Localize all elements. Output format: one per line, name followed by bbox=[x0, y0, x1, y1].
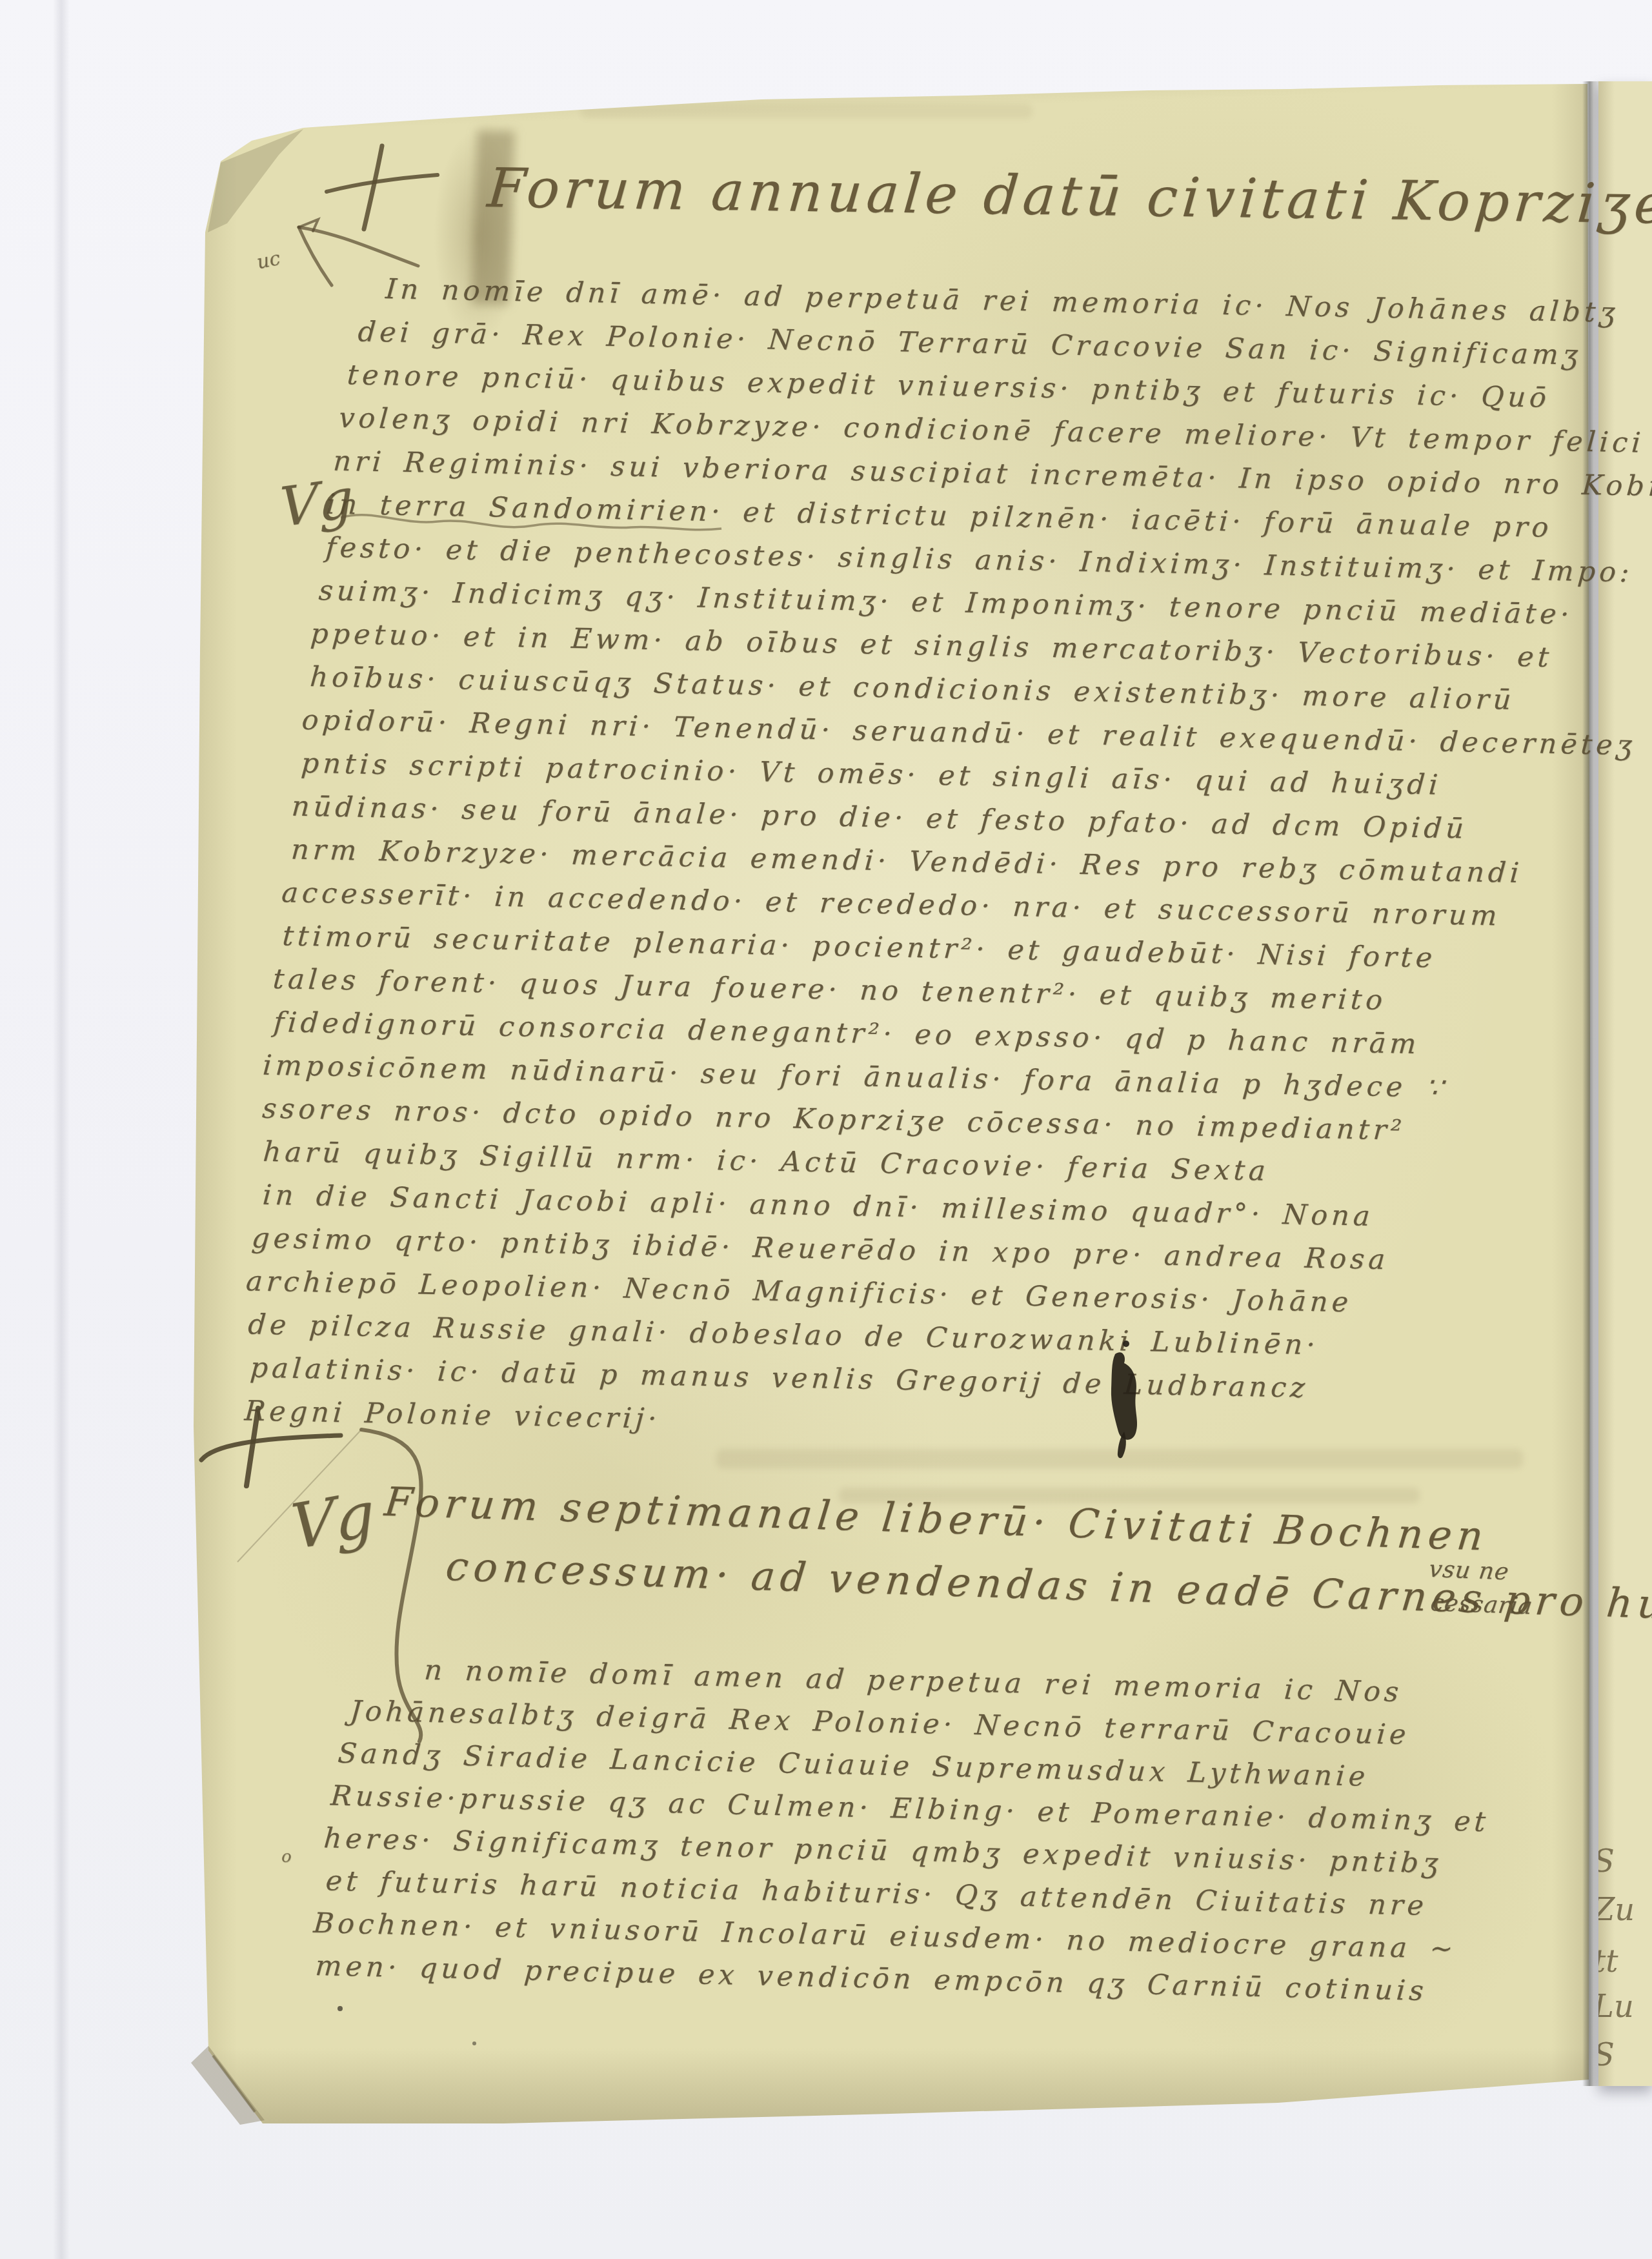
paragraph-2: n nomīe domī amen ad perpetua rei memori… bbox=[323, 1647, 1500, 2014]
edge-glyph: Zu bbox=[1598, 1892, 1635, 1928]
margin-note-line: vsu ne bbox=[1427, 1553, 1540, 1590]
margin-note-line: cessaria bbox=[1428, 1586, 1535, 1623]
margin-monogram: Vg bbox=[279, 466, 354, 540]
heading2-margin-note: vsu ne cessaria bbox=[1422, 1553, 1540, 1623]
edge-glyph: Lu bbox=[1598, 1989, 1634, 2025]
paragraph-1: In nomīe dnī amē· ad perpetuā rei memori… bbox=[265, 267, 1652, 1461]
edge-glyph: tt bbox=[1598, 1943, 1618, 1980]
ink-bleed-through bbox=[581, 103, 1032, 119]
margin-corner-note: uc bbox=[255, 247, 283, 274]
edge-glyph: S bbox=[1598, 2037, 1615, 2073]
margin-ring-mark: o bbox=[281, 1847, 292, 1867]
backdrop-crease bbox=[53, 0, 70, 2259]
margin-monogram: Vg bbox=[288, 1477, 377, 1564]
edge-glyph: S bbox=[1598, 1843, 1615, 1879]
